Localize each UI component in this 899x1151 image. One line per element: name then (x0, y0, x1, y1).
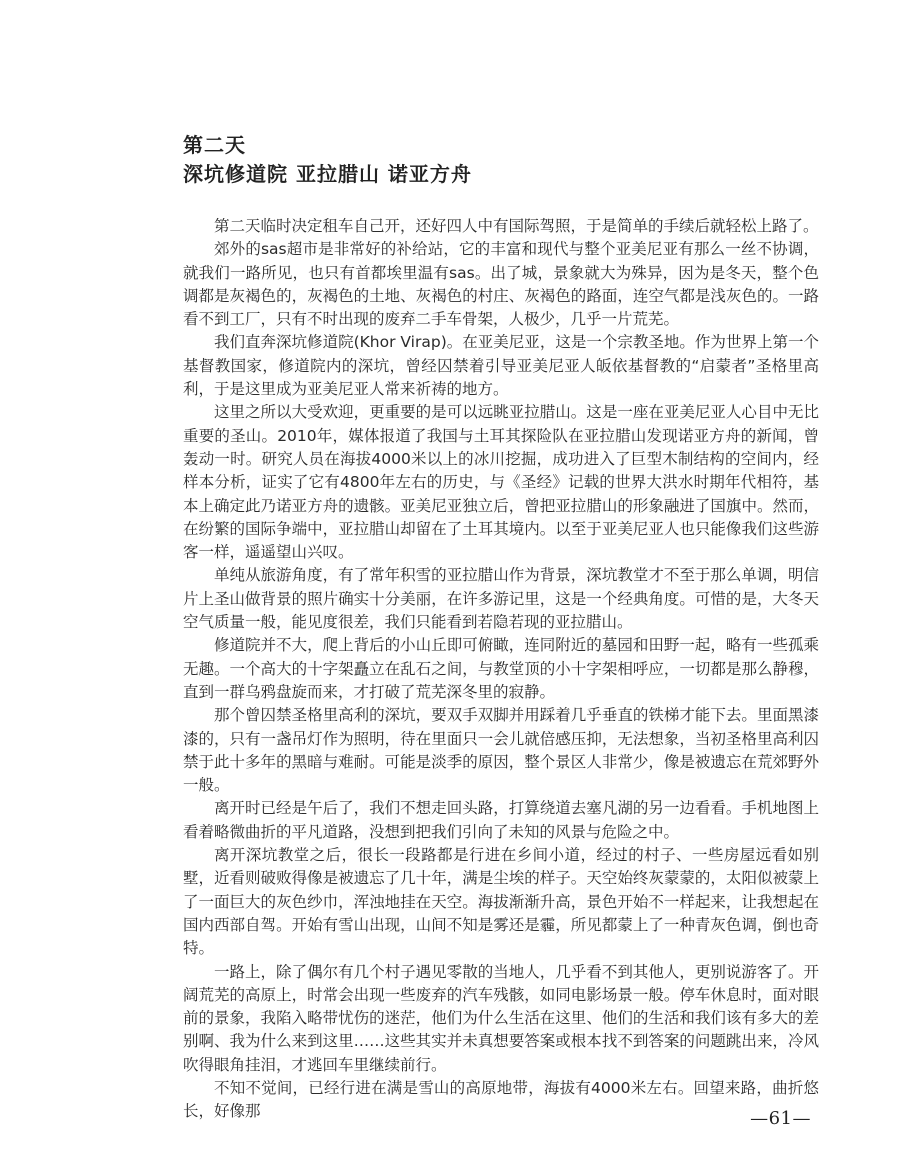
paragraph: 郊外的sas超市是非常好的补给站，它的丰富和现代与整个亚美尼亚有那么一丝不协调，… (183, 238, 819, 331)
chapter-title: 第二天 (183, 132, 819, 159)
paragraph: 我们直奔深坑修道院(Khor Virap)。在亚美尼亚，这是一个宗教圣地。作为世… (183, 331, 819, 401)
book-page: 第二天 深坑修道院 亚拉腊山 诺亚方舟 第二天临时决定租车自己开，还好四人中有国… (0, 0, 899, 1151)
paragraph: 离开深坑教堂之后，很长一段路都是行进在乡间小道，经过的村子、一些房屋远看如别墅，… (183, 844, 819, 960)
paragraph: 离开时已经是午后了，我们不想走回头路，打算绕道去塞凡湖的另一边看看。手机地图上看… (183, 797, 819, 844)
paragraph: 那个曾囚禁圣格里高利的深坑，要双手双脚并用踩着几乎垂直的铁梯才能下去。里面黑漆漆… (183, 704, 819, 797)
paragraph: 这里之所以大受欢迎，更重要的是可以远眺亚拉腊山。这是一座在亚美尼亚人心目中无比重… (183, 401, 819, 564)
chapter-subtitle: 深坑修道院 亚拉腊山 诺亚方舟 (183, 161, 819, 188)
paragraph: 单纯从旅游角度，有了常年积雪的亚拉腊山作为背景，深坑教堂才不至于那么单调，明信片… (183, 564, 819, 634)
page-content: 第二天 深坑修道院 亚拉腊山 诺亚方舟 第二天临时决定租车自己开，还好四人中有国… (183, 132, 819, 1124)
paragraph: 第二天临时决定租车自己开，还好四人中有国际驾照，于是简单的手续后就轻松上路了。 (183, 215, 819, 238)
page-number: —61— (750, 1108, 811, 1129)
paragraph: 修道院并不大，爬上背后的小山丘即可俯瞰，连同附近的墓园和田野一起，略有一些孤乘无… (183, 634, 819, 704)
body-text: 第二天临时决定租车自己开，还好四人中有国际驾照，于是简单的手续后就轻松上路了。 … (183, 215, 819, 1124)
paragraph: 不知不觉间，已经行进在满是雪山的高原地带，海拔有4000米左右。回望来路，曲折悠… (183, 1077, 819, 1124)
paragraph: 一路上，除了偶尔有几个村子遇见零散的当地人，几乎看不到其他人，更别说游客了。开阔… (183, 961, 819, 1077)
